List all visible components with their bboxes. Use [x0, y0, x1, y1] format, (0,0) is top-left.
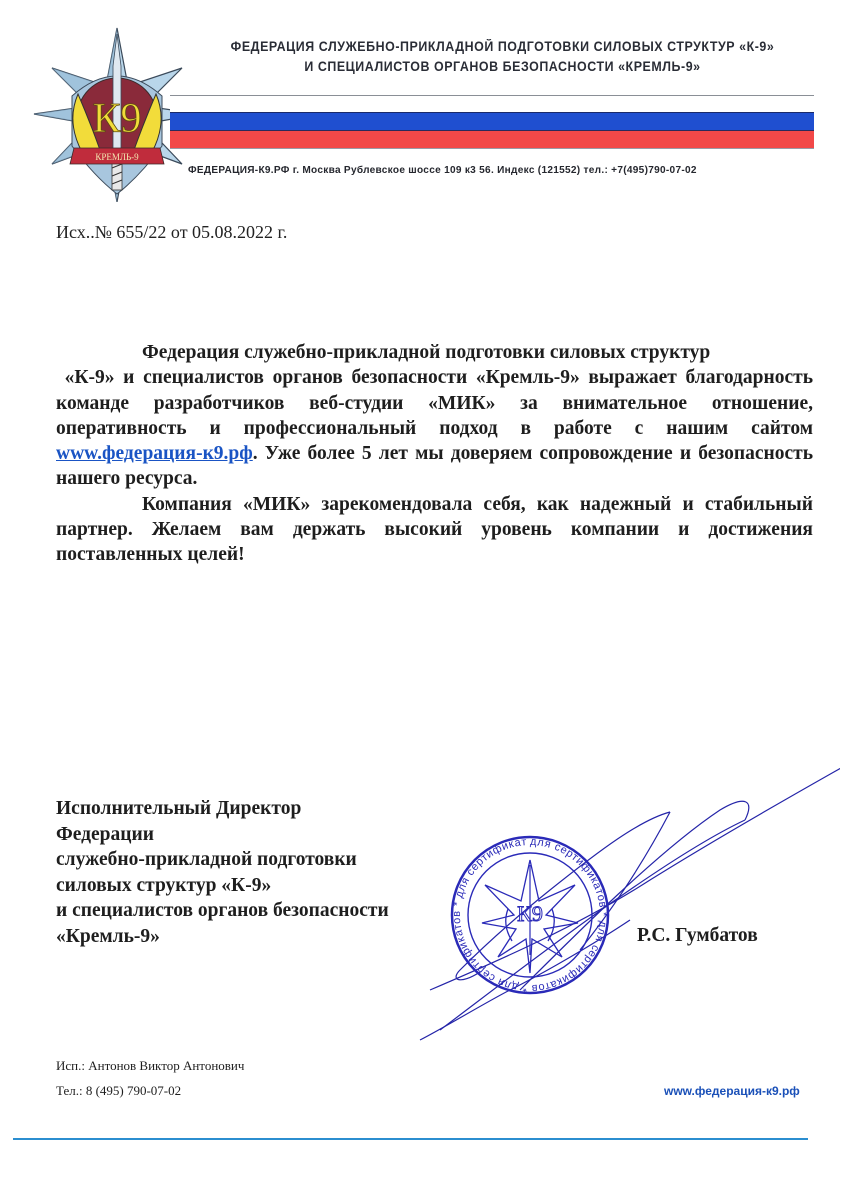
- signatory-title-block: Исполнительный Директор Федерации служеб…: [56, 796, 389, 950]
- website-link[interactable]: www.федерация-к9.рф: [56, 443, 253, 464]
- signatory-title-line: Исполнительный Директор: [56, 796, 389, 822]
- flag-stripe-blue: [170, 112, 814, 130]
- footer-divider: [13, 1138, 808, 1140]
- signatory-title-line: силовых структур «К-9»: [56, 873, 389, 899]
- signatory-title-line: «Кремль-9»: [56, 924, 389, 950]
- paragraph-recommendation: Компания «МИК» зарекомендовала себя, как…: [56, 492, 813, 568]
- signatory-title-line: служебно-прикладной подготовки: [56, 847, 389, 873]
- paragraph-gratitude-line1: Федерация служебно-прикладной подготовки…: [142, 342, 710, 363]
- letter-body: Федерация служебно-прикладной подготовки…: [56, 340, 813, 568]
- signatory-name: Р.С. Гумбатов: [637, 925, 758, 947]
- flag-stripe-red: [170, 130, 814, 149]
- paragraph-gratitude: Федерация служебно-прикладной подготовки…: [56, 340, 813, 492]
- stamp-seal-icon: для сертификатов * для сертификатов * дл…: [400, 740, 840, 1060]
- flag-stripe-white: [170, 95, 814, 112]
- footer-website-link[interactable]: www.федерация-к9.рф: [664, 1084, 800, 1098]
- svg-text:КРЕМЛЬ-9: КРЕМЛЬ-9: [95, 152, 139, 162]
- svg-text:К9: К9: [92, 96, 141, 142]
- letterhead-title-line1: Федерация служебно-прикладной подготовки…: [215, 37, 790, 57]
- official-stamp-and-signature: для сертификатов * для сертификатов * дл…: [400, 740, 840, 1060]
- letterhead-title: Федерация служебно-прикладной подготовки…: [215, 37, 790, 77]
- signatory-title-line: Федерации: [56, 822, 389, 848]
- letterhead-title-line2: и специалистов органов безопасности «Кре…: [215, 57, 790, 77]
- executor-phone: Тел.: 8 (495) 790-07-02: [56, 1083, 181, 1099]
- tricolor-stripes: [170, 95, 814, 147]
- paragraph-gratitude-text: «К-9» и специалистов органов безопасност…: [56, 367, 813, 439]
- paragraph-recommendation-text: Компания «МИК» зарекомендовала себя, как…: [56, 494, 813, 566]
- outgoing-reference: Исх..№ 655/22 от 05.08.2022 г.: [56, 222, 287, 243]
- executor-name: Исп.: Антонов Виктор Антонович: [56, 1058, 244, 1074]
- signatory-title-line: и специалистов органов безопасности: [56, 898, 389, 924]
- letterhead-contacts: ФЕДЕРАЦИЯ-К9.РФ г. Москва Рублевское шос…: [188, 164, 793, 176]
